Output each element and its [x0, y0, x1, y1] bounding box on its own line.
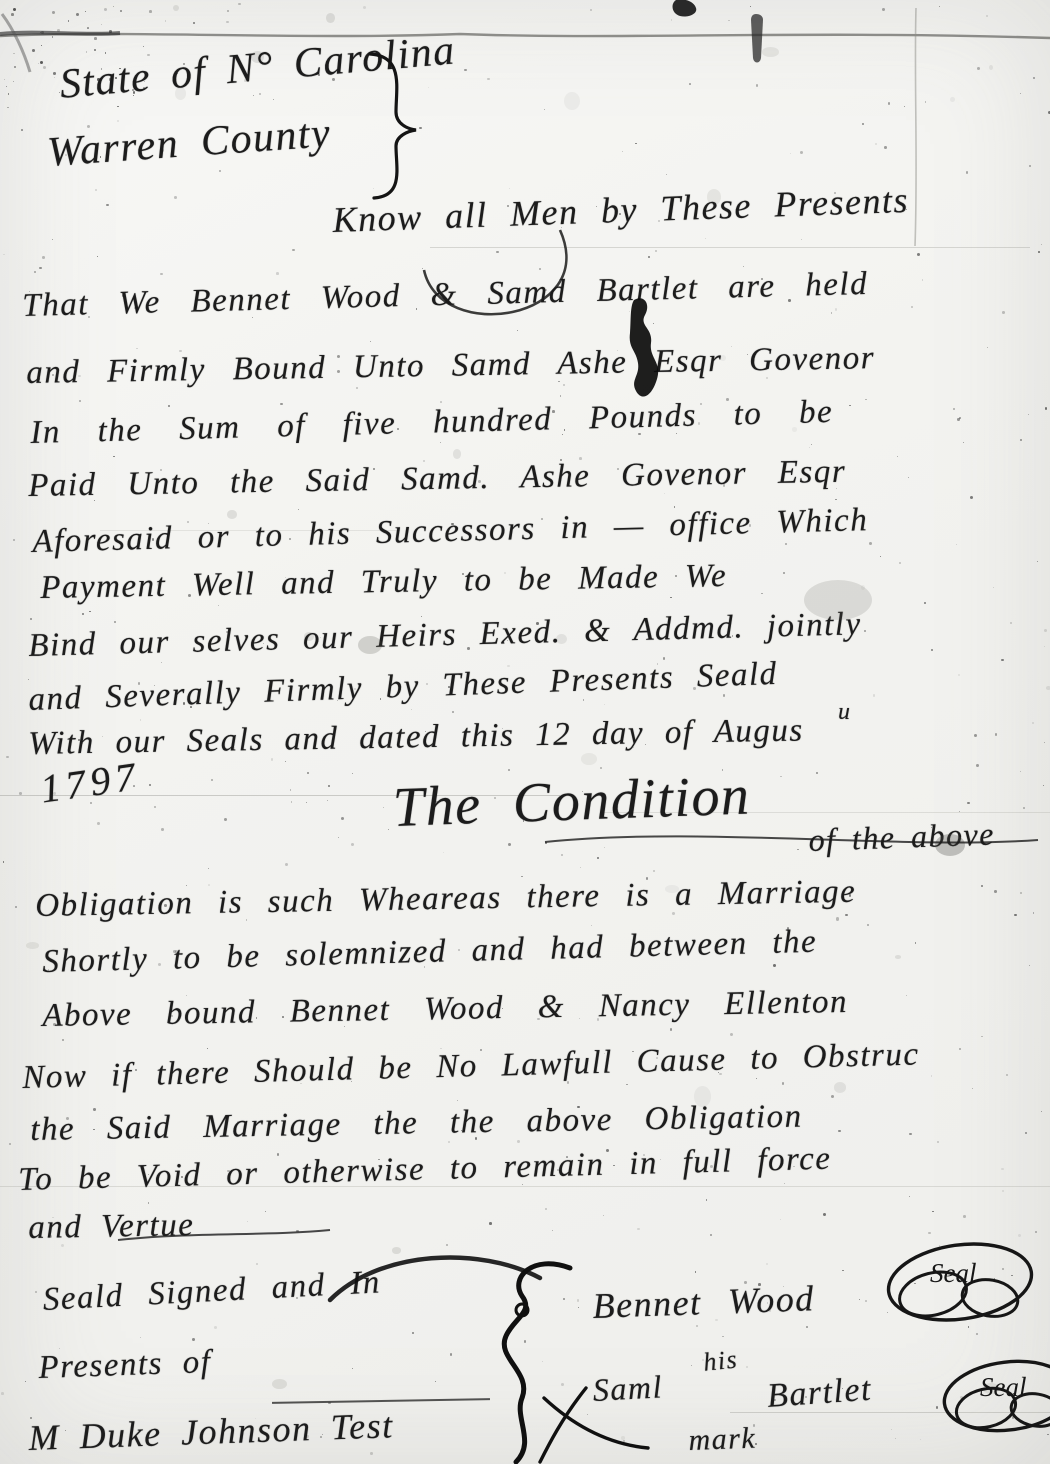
condition-line-6: To be Void or otherwise to remain in ful… [18, 1143, 832, 1197]
bond-line-8: and Severally Firmly by These Presents S… [28, 658, 778, 717]
doc-county-line: Warren County [46, 112, 332, 174]
bond-year: 1797 [38, 756, 143, 810]
attestation-line-2: Presents of [38, 1346, 212, 1385]
condition-heading-tail: of the above [808, 817, 995, 855]
seal-label-2: Seal [980, 1372, 1027, 1402]
bond-line-1: That We Bennet Wood & Samd Bartlet are h… [22, 268, 869, 323]
blank-line [272, 1398, 490, 1404]
signature-saml: Saml [592, 1370, 664, 1406]
seal-flourish-1: Seal [878, 1236, 1043, 1331]
signature-brace [492, 1252, 592, 1464]
condition-line-2: Shortly to be solemnized and had between… [42, 926, 818, 979]
mark-label: mark [688, 1424, 757, 1456]
bond-line-7: Bind our selves our Heirs Exed. & Addmd.… [28, 608, 862, 663]
doc-state-line: State of N° Carolina [58, 29, 457, 105]
bond-line-6: Payment Well and Truly to be Made We [40, 560, 727, 605]
signature-bennet-wood: Bennet Wood [592, 1280, 815, 1324]
bond-line-4: Paid Unto the Said Samd. Ashe Govenor Es… [28, 456, 846, 503]
bond-line-5: Aforesaid or to his Successors in — offi… [32, 504, 869, 559]
his-label: his [702, 1346, 739, 1375]
doc-salutation: Know all Men by These Presents [332, 182, 910, 238]
bond-line-9: With our Seals and dated this 12 day of … [28, 714, 804, 761]
condition-line-5: the Said Marriage the the above Obligati… [30, 1101, 803, 1147]
condition-line-3: Above bound Bennet Wood & Nancy Ellenton [42, 986, 848, 1033]
condition-line-7: and Vertue [28, 1209, 195, 1245]
seal-flourish-2: Seal [938, 1352, 1050, 1442]
condition-line-1: Obligation is such Wheareas there is a M… [35, 876, 857, 923]
signature-bartlet: Bartlet [766, 1373, 873, 1414]
scanned-marriage-bond-page: State of N° Carolina Warren County Know … [0, 0, 1050, 1464]
bond-line-3: In the Sum of five hundred Pounds to be [30, 396, 834, 450]
witness-signature: M Duke Johnson Test [28, 1407, 394, 1456]
inserted-letter: u [838, 700, 852, 724]
seal-label-1: Seal [930, 1258, 977, 1288]
condition-heading: The Condition [392, 768, 751, 836]
crease-line [430, 247, 1030, 248]
condition-line-4: Now if there Should be No Lawfull Cause … [22, 1039, 920, 1095]
bond-line-2: and Firmly Bound Unto Samd Ashe Esqr Gov… [26, 342, 875, 390]
attestation-line-1: Seald Signed and In [42, 1266, 382, 1317]
